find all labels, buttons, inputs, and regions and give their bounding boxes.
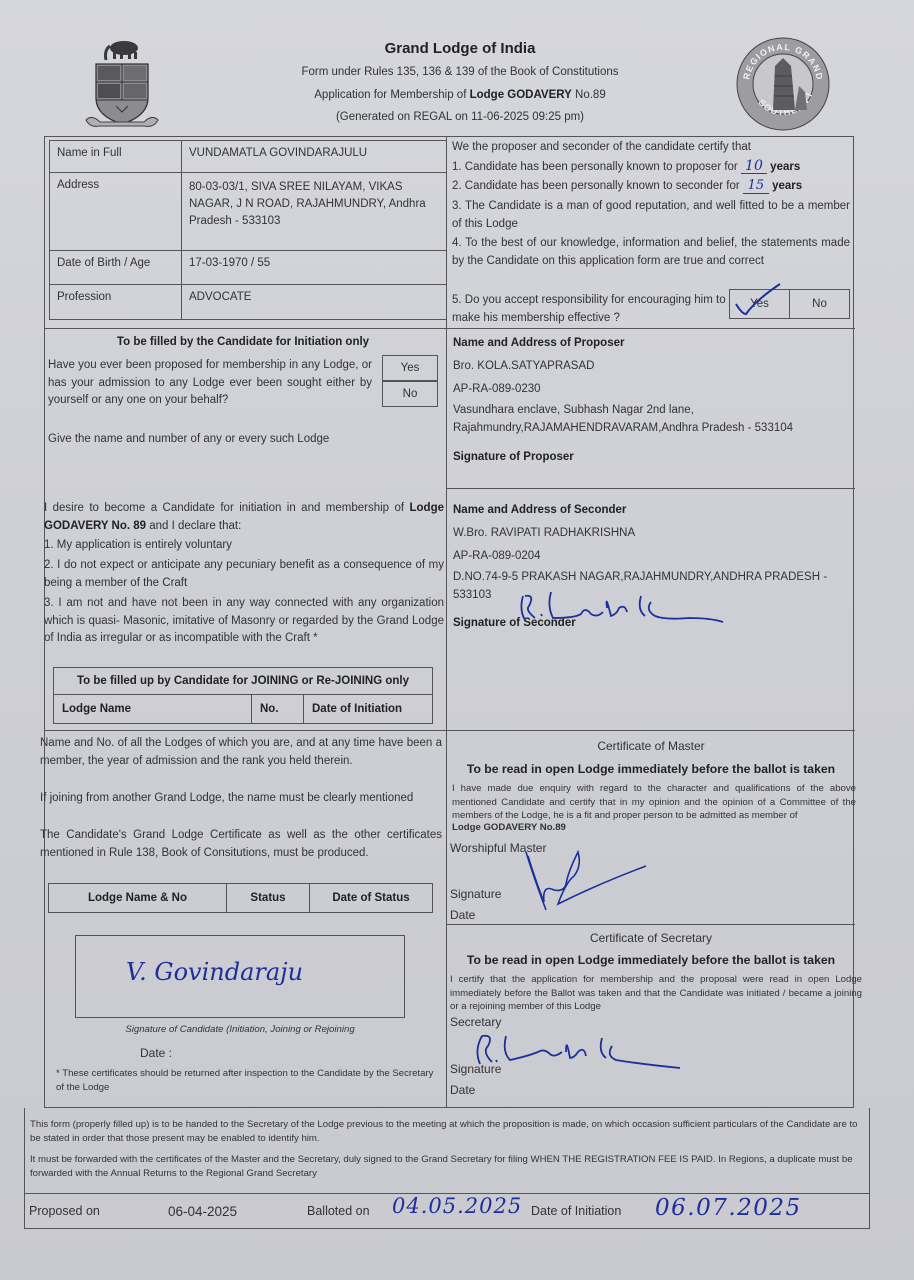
secretary-date-label: Date — [450, 1082, 475, 1100]
proposer-name: Bro. KOLA.SATYAPRASAD — [453, 358, 851, 376]
joining-table: To be filled up by Candidate for JOINING… — [53, 667, 433, 724]
regional-grand-lodge-seal-logo: REGIONAL GRAND LODGE SOUTHERN INDIA — [735, 36, 831, 132]
candidate-info-table: Name in Full VUNDAMATLA GOVINDARAJULU Ad… — [49, 140, 447, 320]
proposed-before-no-checkbox[interactable]: No — [382, 381, 438, 407]
table-row: Lodge Name & No Status Date of Status — [49, 884, 433, 913]
proposer-address: Vasundhara enclave, Subhash Nagar 2nd la… — [453, 402, 853, 437]
candidate-signature: V. Govindaraju — [126, 958, 303, 986]
section-divider — [44, 328, 855, 329]
master-signature — [520, 848, 670, 918]
lodges-paragraph-3: The Candidate's Grand Lodge Certificate … — [40, 827, 442, 862]
name-value: VUNDAMATLA GOVINDARAJULU — [182, 141, 447, 173]
secretary-signature — [470, 1030, 700, 1078]
footer-note-2: It must be forwarded with the certificat… — [30, 1153, 866, 1181]
declaration-intro: I desire to become a Candidate for initi… — [44, 500, 444, 535]
candidate-signature-caption: Signature of Candidate (Initiation, Join… — [60, 1024, 420, 1035]
balloted-on-label: Balloted on — [307, 1204, 370, 1218]
proposed-on-label: Proposed on — [29, 1204, 100, 1218]
column-header: Date of Initiation — [304, 695, 433, 724]
table-row: Lodge Name No. Date of Initiation — [54, 695, 433, 724]
master-signature-label: Signature — [450, 886, 501, 904]
column-header: Status — [227, 884, 310, 913]
initiation-question: Have you ever been proposed for membersh… — [48, 357, 372, 410]
candidate-date-label: Date : — [140, 1046, 172, 1060]
master-date-label: Date — [450, 907, 475, 925]
certify-item-5: 5. Do you accept responsibility for enco… — [452, 292, 732, 327]
declaration-item-1: 1. My application is entirely voluntary — [44, 537, 444, 555]
give-lodge-name-label: Give the name and number of any or every… — [48, 431, 438, 449]
declaration-item-3: 3. I am not and have not been in any way… — [44, 595, 444, 648]
lodges-table: Lodge Name & No Status Date of Status — [48, 883, 433, 913]
table-row: Date of Birth / Age 17-03-1970 / 55 — [50, 251, 447, 285]
master-cert-title: Certificate of Master — [448, 738, 854, 756]
proposed-before-yes-checkbox[interactable]: Yes — [382, 355, 438, 381]
profession-label: Profession — [50, 285, 182, 320]
certify-item-3: 3. The Candidate is a man of good reputa… — [452, 198, 850, 233]
certify-item-4: 4. To the best of our knowledge, informa… — [452, 235, 850, 270]
responsibility-no-checkbox[interactable]: No — [789, 289, 850, 319]
candidate-signature-box[interactable]: V. Govindaraju — [75, 935, 405, 1018]
footer-note-1: This form (properly filled up) is to be … — [30, 1118, 866, 1146]
certify-item-2: 2. Candidate has been personally known t… — [452, 178, 850, 196]
proposer-signature-label: Signature of Proposer — [453, 449, 851, 467]
master-cert-subtitle: To be read in open Lodge immediately bef… — [448, 761, 854, 779]
certify-item-1: 1. Candidate has been personally known t… — [452, 159, 850, 177]
column-header: No. — [252, 695, 304, 724]
section-divider — [446, 924, 855, 925]
proposer-heading: Name and Address of Proposer — [453, 335, 851, 353]
lodges-paragraph-2: If joining from another Grand Lodge, the… — [40, 790, 442, 808]
document-title: Grand Lodge of India — [270, 40, 650, 57]
master-cert-body: I have made due enquiry with regard to t… — [452, 782, 856, 823]
secretary-cert-subtitle: To be read in open Lodge immediately bef… — [448, 952, 854, 970]
column-header: Date of Status — [310, 884, 433, 913]
application-line: Application for Membership of Lodge GODA… — [240, 89, 680, 101]
table-row: To be filled up by Candidate for JOINING… — [54, 668, 433, 695]
declaration-item-2: 2. I do not expect or anticipate any pec… — [44, 557, 444, 592]
table-row: Name in Full VUNDAMATLA GOVINDARAJULU — [50, 141, 447, 173]
column-header: Lodge Name & No — [49, 884, 227, 913]
name-label: Name in Full — [50, 141, 182, 173]
seconder-signature — [515, 588, 735, 632]
seconder-name: W.Bro. RAVIPATI RADHAKRISHNA — [453, 525, 851, 543]
secretary-role-label: Secretary — [450, 1014, 501, 1032]
proposer-years-field[interactable]: 10 — [741, 159, 767, 174]
table-row: Address 80-03-03/1, SIVA SREE NILAYAM, V… — [50, 173, 447, 251]
dob-label: Date of Birth / Age — [50, 251, 182, 285]
joining-heading: To be filled up by Candidate for JOINING… — [54, 668, 433, 695]
checkmark-icon — [732, 280, 792, 320]
master-cert-lodge: Lodge GODAVERY No.89 — [452, 821, 856, 835]
dates-bar: Proposed on 06-04-2025 Balloted on 04.05… — [24, 1193, 870, 1229]
certify-intro: We the proposer and seconder of the cand… — [452, 139, 850, 157]
lodges-paragraph-1: Name and No. of all the Lodges of which … — [40, 735, 442, 770]
table-row: Profession ADVOCATE — [50, 285, 447, 320]
seconder-years-field[interactable]: 15 — [743, 179, 769, 194]
secretary-cert-title: Certificate of Secretary — [448, 930, 854, 948]
address-label: Address — [50, 173, 182, 251]
initiation-heading: To be filled by the Candidate for Initia… — [48, 334, 438, 352]
secretary-cert-body: I certify that the application for membe… — [450, 973, 862, 1014]
proposed-on-value: 06-04-2025 — [168, 1204, 237, 1219]
balloted-on-value[interactable]: 04.05.2025 — [392, 1194, 522, 1218]
grand-lodge-crest-logo — [82, 38, 162, 136]
initiation-date-label: Date of Initiation — [531, 1204, 621, 1218]
seconder-heading: Name and Address of Seconder — [453, 502, 851, 520]
profession-value: ADVOCATE — [182, 285, 447, 320]
proposer-id: AP-RA-089-0230 — [453, 381, 851, 399]
column-header: Lodge Name — [54, 695, 252, 724]
generated-line: (Generated on REGAL on 11-06-2025 09:25 … — [240, 111, 680, 123]
seconder-id: AP-RA-089-0204 — [453, 548, 851, 566]
section-divider — [44, 730, 855, 731]
certificates-footnote: * These certificates should be returned … — [56, 1067, 436, 1094]
address-value: 80-03-03/1, SIVA SREE NILAYAM, VIKAS NAG… — [182, 173, 447, 251]
dob-value: 17-03-1970 / 55 — [182, 251, 447, 285]
initiation-date-value[interactable]: 06.07.2025 — [655, 1195, 802, 1221]
rules-line: Form under Rules 135, 136 & 139 of the B… — [240, 66, 680, 78]
section-divider — [446, 488, 855, 489]
